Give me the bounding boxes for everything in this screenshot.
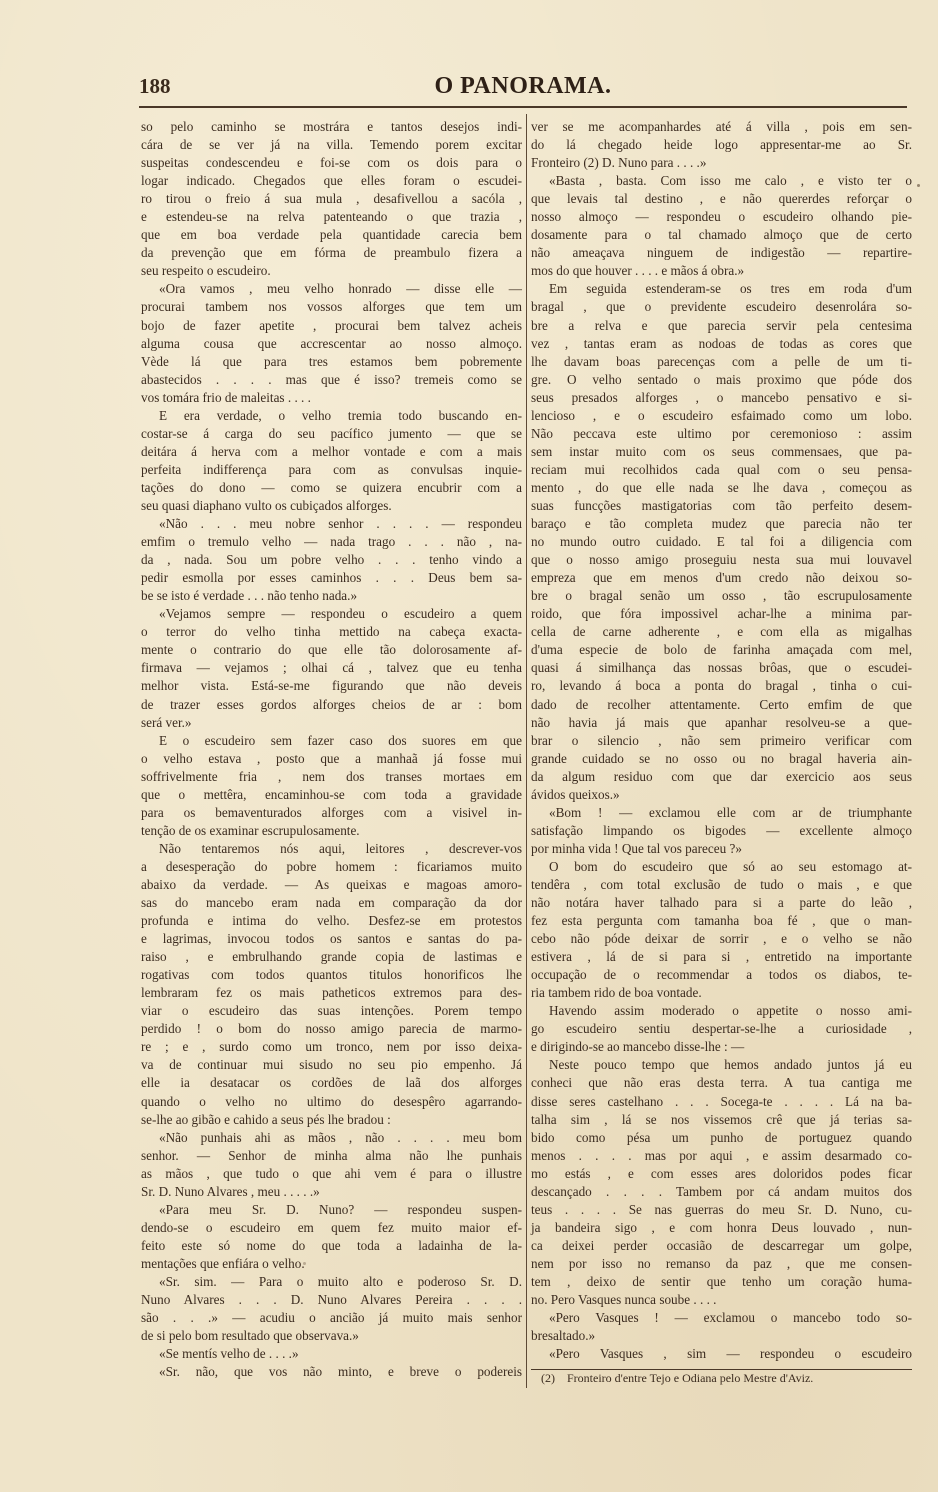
- text-line: ro, levando á boca a ponta do bragal , t…: [531, 677, 912, 695]
- text-line: mos do que houver . . . . e mãos á obra.…: [531, 262, 912, 280]
- text-line: lembraram fez os mais patheticos extremo…: [141, 984, 522, 1002]
- text-line: mente o contrario do que elle tão doloro…: [141, 641, 522, 659]
- text-line: occupação de o recommendar a todos os di…: [531, 966, 912, 984]
- text-line: fez esta pergunta com tamanha boa fé , q…: [531, 912, 912, 930]
- text-line: O bom do escudeiro que só ao seu estomag…: [531, 858, 912, 876]
- text-line: ver se me acompanhardes até á villa , po…: [531, 118, 912, 136]
- text-line: cella de carne adherente , e com ella as…: [531, 623, 912, 641]
- print-speck: [917, 184, 920, 187]
- text-line: be se isto é verdade . . . não tenho nad…: [141, 587, 522, 605]
- text-line: ca deixei perder occasião de descarregar…: [531, 1237, 912, 1255]
- text-line: bre o bragal senão um osso , tão escrupu…: [531, 587, 912, 605]
- text-line: que o nosso amigo proseguiu nesta sua mu…: [531, 551, 912, 569]
- text-line: «Sr. não, que vos não minto, e breve o p…: [141, 1363, 522, 1381]
- text-line: tenção de os examinar escrupulosamente.: [141, 822, 522, 840]
- text-line: go escudeiro sentiu despertar-se-lhe a c…: [531, 1020, 912, 1038]
- text-line: não notára haver talhado para si a parte…: [531, 894, 912, 912]
- text-line: reciam mui recolhidos cada qual com o se…: [531, 461, 912, 479]
- text-line: cebo não póde deixar de sorrir , e o vel…: [531, 930, 912, 948]
- text-line: dendo-se o escudeiro em quem fez muito m…: [141, 1219, 522, 1237]
- text-line: Neste pouco tempo que hemos andado junto…: [531, 1056, 912, 1074]
- text-line: baraço e tão completa mudez que parecia …: [531, 515, 912, 533]
- text-line: e estendeu-se na relva patenteando o que…: [141, 208, 522, 226]
- text-line: re ; e , surdo como um tronco, nem por i…: [141, 1038, 522, 1056]
- text-line: elle ia desatacar os cordões de laã dos …: [141, 1074, 522, 1092]
- text-line: grande cuidado se no osso ou no bragal h…: [531, 750, 912, 768]
- text-line: cára de se ver já na villa. Temendo pore…: [141, 136, 522, 154]
- text-line: suspeitas condescendeu e foi-se com os d…: [141, 154, 522, 172]
- text-line: mentações que enfiára o velho.: [141, 1255, 522, 1273]
- text-line: da prevenção que em fórma de preambulo f…: [141, 244, 522, 262]
- text-line: por minha vida ! Que tal vos pareceu ?»: [531, 840, 912, 858]
- text-line: perdido ! o bom do nosso amigo parecia d…: [141, 1020, 522, 1038]
- text-line: seu respeito o escudeiro.: [141, 262, 522, 280]
- text-line: que o mettêra, encaminhou-se com toda a …: [141, 786, 522, 804]
- footnote: (2)Fronteiro d'entre Tejo e Odiana pelo …: [531, 1370, 912, 1386]
- text-line: do lá chegado heide logo appresentar-me …: [531, 136, 912, 154]
- text-line: vos tomára frio de maleitas . . . .: [141, 389, 522, 407]
- text-line: alguma cousa que accrescentar ao nosso a…: [141, 335, 522, 353]
- text-line: descançado . . . . Tambem por cá andam m…: [531, 1183, 912, 1201]
- text-line: Sr. D. Nuno Alvares , meu . . . . .»: [141, 1183, 522, 1201]
- text-line: empreza que em menos d'um credo não deix…: [531, 569, 912, 587]
- masthead-title: O PANORAMA.: [139, 73, 907, 100]
- text-line: soffrivelmente fria , nem dos transes mo…: [141, 768, 522, 786]
- text-column-left: so pelo caminho se mostrára e tantos des…: [141, 118, 522, 1381]
- text-line: «Vejamos sempre — respondeu o escudeiro …: [141, 605, 522, 623]
- text-line: quando o velho no ultimo do desespêro ag…: [141, 1093, 522, 1111]
- text-line: firmava — vejamos ; olhai cá , talvez qu…: [141, 659, 522, 677]
- text-line: pedir esmolla por esses caminhos . . . D…: [141, 569, 522, 587]
- text-line: sem instar muito com os seus commensaes,…: [531, 443, 912, 461]
- text-line: Vède lá que para tres estamos bem pobrem…: [141, 353, 522, 371]
- text-line: va de continuar mui sisudo no seu pio em…: [141, 1056, 522, 1074]
- text-line: raiso , e embrulhando grande copia de la…: [141, 948, 522, 966]
- text-line: satisfação limpando os bigodes — excelle…: [531, 822, 912, 840]
- text-line: bojo de fazer apetite , procurai bem tal…: [141, 317, 522, 335]
- text-line: abaixo da verdade. — As queixas e magoas…: [141, 876, 522, 894]
- newspaper-page: 188 O PANORAMA. so pelo caminho se mostr…: [0, 0, 938, 1492]
- text-line: que em boa verdade pela quantidade carec…: [141, 226, 522, 244]
- text-line: quasi á similhança das nossas brôas, que…: [531, 659, 912, 677]
- text-line: vez , tantas eram as nodoas de todas as …: [531, 335, 912, 353]
- text-line: rogativas com todos quantos titulos hono…: [141, 966, 522, 984]
- text-line: roido, que fóra impossivel achar-lhe a m…: [531, 605, 912, 623]
- text-line: nem por isso no remanso da paz , que me …: [531, 1255, 912, 1273]
- text-line: tendêra , com total exclusão de tudo o m…: [531, 876, 912, 894]
- text-line: d'uma especie de bolo de farinha amaçada…: [531, 641, 912, 659]
- text-line: de trazer esses gordos alforges cheios d…: [141, 696, 522, 714]
- text-line: senhor. — Senhor de minha alma não lhe p…: [141, 1147, 522, 1165]
- text-line: será ver.»: [141, 714, 522, 732]
- text-line: «Pero Vasques , sim — respondeu o escude…: [531, 1345, 912, 1363]
- text-line: feito este só nome do que toda a ladainh…: [141, 1237, 522, 1255]
- text-line: deitára á herva com a melhor vontade e c…: [141, 443, 522, 461]
- text-line: não havia já mais que apanhar resolveu-s…: [531, 714, 912, 732]
- text-line: profunda e intima do velho. Desfez-se em…: [141, 912, 522, 930]
- header-rule: [139, 106, 907, 108]
- text-line: ja bandeira sigo , e com honra Deus louv…: [531, 1219, 912, 1237]
- text-line: bido como pésa um punho de portuguez qua…: [531, 1129, 912, 1147]
- text-line: E o escudeiro sem fazer caso dos suores …: [141, 732, 522, 750]
- text-line: bragal , que o previdente escudeiro dese…: [531, 298, 912, 316]
- text-line: viar o escudeiro das suas intenções. Por…: [141, 1002, 522, 1020]
- text-line: seu quasi diaphano vulto os cubiçados al…: [141, 497, 522, 515]
- print-speck: [303, 1262, 306, 1265]
- text-line: logar indicado. Chegados que elles foram…: [141, 172, 522, 190]
- text-line: Não tentaremos nós aqui, leitores , desc…: [141, 840, 522, 858]
- text-line: seus presados alforges , o mancebo pensa…: [531, 389, 912, 407]
- text-line: da , nada. Sou um pobre velho . . . tenh…: [141, 551, 522, 569]
- text-line: no. Pero Vasques nunca soube . . . .: [531, 1291, 912, 1309]
- text-line: «Basta , basta. Com isso me calo , e vis…: [531, 172, 912, 190]
- text-line: nosso almoço — respondeu o escudeiro olh…: [531, 208, 912, 226]
- text-line: estivera , lá de si para si , entretido …: [531, 948, 912, 966]
- text-line: ávidos queixos.»: [531, 786, 912, 804]
- text-line: são . . .» — acudiu o ancião já muito ma…: [141, 1309, 522, 1327]
- text-line: emfim o tremulo velho — nada trago . . .…: [141, 533, 522, 551]
- text-line: de si pelo bom resultado que observava.»: [141, 1327, 522, 1345]
- text-line: dosamente para o tal chamado almoço que …: [531, 226, 912, 244]
- text-line: «Não . . . meu nobre senhor . . . . — re…: [141, 515, 522, 533]
- text-line: Nuno Alvares . . . D. Nuno Alvares Perei…: [141, 1291, 522, 1309]
- text-line: lhe davam boas parecenças com a pelle de…: [531, 353, 912, 371]
- text-line: tem , deixo de sentir que tenho um coraç…: [531, 1273, 912, 1291]
- text-line: tações do dono — como se quizera encubri…: [141, 479, 522, 497]
- text-line: dado de recolher attentamente. Certo emf…: [531, 696, 912, 714]
- text-line: Não peccava este ultimo por ceremonioso …: [531, 425, 912, 443]
- text-line: bresaltado.»: [531, 1327, 912, 1345]
- text-line: melhor vista. Está-se-me figurando que n…: [141, 677, 522, 695]
- page-header: 188 O PANORAMA.: [139, 70, 907, 106]
- text-line: ria tambem rido de boa vontade.: [531, 984, 912, 1002]
- text-line: o terror do velho tinha mettido na cabeç…: [141, 623, 522, 641]
- text-line: não ameaçava ninguem de indigestão — rep…: [531, 244, 912, 262]
- text-line: no mundo outro cuidado. E tal foi a dili…: [531, 533, 912, 551]
- text-line: «Pero Vasques ! — exclamou o mancebo tod…: [531, 1309, 912, 1327]
- text-line: costar-se á carga do seu pacífico jument…: [141, 425, 522, 443]
- text-line: que levais tal destino , e não quererdes…: [531, 190, 912, 208]
- text-line: procurai tambem nos vossos alforges que …: [141, 298, 522, 316]
- text-line: mo estás , e com esses ares doloridos po…: [531, 1165, 912, 1183]
- footnote-text: Fronteiro d'entre Tejo e Odiana pelo Mes…: [567, 1371, 813, 1385]
- text-line: «Para meu Sr. D. Nuno? — respondeu suspe…: [141, 1201, 522, 1219]
- text-line: «Não punhais ahi as mãos , não . . . . m…: [141, 1129, 522, 1147]
- text-line: se-lhe ao gibão e cahido a seus pés lhe …: [141, 1111, 522, 1129]
- text-line: talha sim , lá se nos vissemos crê que j…: [531, 1111, 912, 1129]
- footnote-mark: (2): [531, 1371, 567, 1385]
- text-line: gre. O velho sentado o mais proximo que …: [531, 371, 912, 389]
- text-line: conheci que não eras desta terra. A tua …: [531, 1074, 912, 1092]
- text-line: para os bemaventurados alforges com a vi…: [141, 804, 522, 822]
- text-line: suas funcções mastigatorias com tão perf…: [531, 497, 912, 515]
- text-line: «Ora vamos , meu velho honrado — disse e…: [141, 280, 522, 298]
- text-line: ro tirou o freio á sua mula , desafivell…: [141, 190, 522, 208]
- text-line: abastecidos . . . . mas que é isso? trem…: [141, 371, 522, 389]
- text-line: «Se mentís velho de . . . .»: [141, 1345, 522, 1363]
- text-line: sas do mancebo eram nada em comparação d…: [141, 894, 522, 912]
- text-line: «Bom ! — exclamou elle com ar de triumph…: [531, 804, 912, 822]
- text-line: lencioso , e o escudeiro esfaimado como …: [531, 407, 912, 425]
- text-line: Fronteiro (2) D. Nuno para . . . .»: [531, 154, 912, 172]
- text-line: disse seres castelhano . . . Socega-te .…: [531, 1093, 912, 1111]
- text-line: bre a relva e que parecia servir pela ce…: [531, 317, 912, 335]
- text-column-right: ver se me acompanhardes até á villa , po…: [531, 118, 912, 1363]
- text-line: Havendo assim moderado o appetite o noss…: [531, 1002, 912, 1020]
- text-line: brar o silencio , não sem primeiro verif…: [531, 732, 912, 750]
- text-line: e lagrimas, invocou todos os santos e sa…: [141, 930, 522, 948]
- text-line: teus . . . . Se nas guerras do meu Sr. D…: [531, 1201, 912, 1219]
- text-line: a desesperação do pobre homem : ficariam…: [141, 858, 522, 876]
- text-line: da algum residuo com que dar exercicio a…: [531, 768, 912, 786]
- text-line: as mãos , que tudo o que ahi vem é para …: [141, 1165, 522, 1183]
- text-line: menos . . . . mas por aqui , e assim des…: [531, 1147, 912, 1165]
- text-line: E era verdade, o velho tremia todo busca…: [141, 407, 522, 425]
- column-divider: [526, 114, 527, 1388]
- text-line: Em seguida estenderam-se os tres em roda…: [531, 280, 912, 298]
- text-line: so pelo caminho se mostrára e tantos des…: [141, 118, 522, 136]
- text-line: mento , do que elle nada se lhe dava , c…: [531, 479, 912, 497]
- text-line: o velho estava , posto que a manhaã já f…: [141, 750, 522, 768]
- text-line: «Sr. sim. — Para o muito alto e poderoso…: [141, 1273, 522, 1291]
- text-line: e dirigindo-se ao mancebo disse-lhe : —: [531, 1038, 912, 1056]
- text-line: perfeita indifferença para com as convul…: [141, 461, 522, 479]
